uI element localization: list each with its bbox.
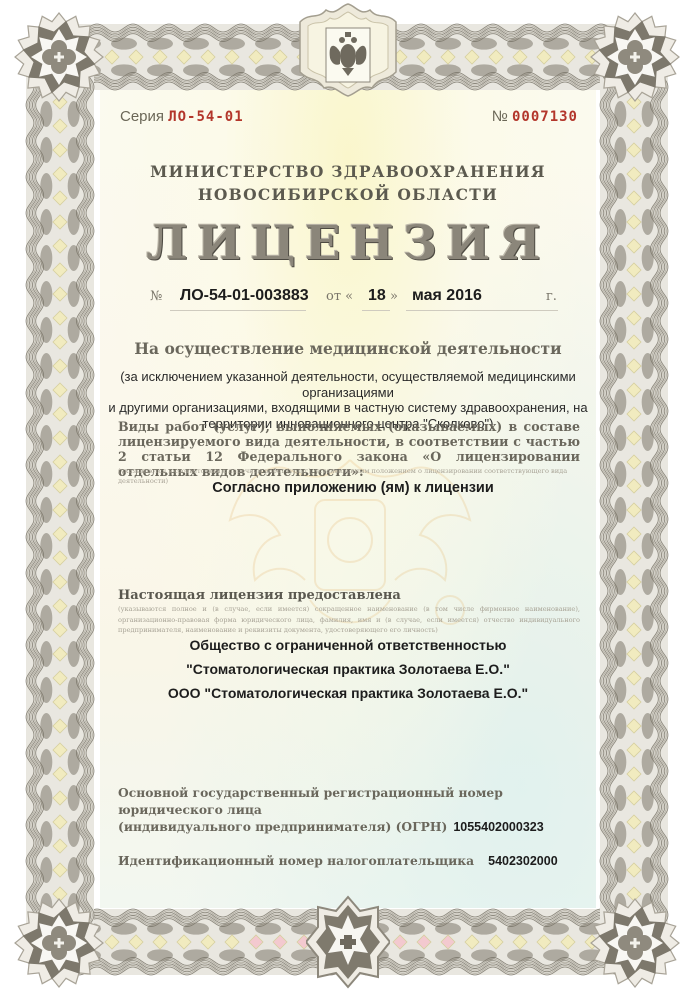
issuer-line-2: НОВОСИБИРСКОЙ ОБЛАСТИ: [100, 183, 596, 206]
corner-rosette-icon: [590, 898, 680, 988]
activity-title: На осуществление медицинской деятельност…: [100, 339, 596, 358]
border-right: [596, 60, 672, 940]
series-label: Серия ЛО-54-01: [120, 108, 244, 125]
exception-line: и другими организациями, входящими в час…: [100, 400, 596, 416]
border-left: [22, 60, 98, 940]
license-from-label: от «: [326, 289, 353, 304]
series-value: ЛО-54-01: [168, 109, 243, 125]
license-day-close: »: [390, 289, 398, 304]
works-value: Согласно приложению (ям) к лицензии: [100, 480, 596, 496]
license-number: ЛО-54-01-003883: [180, 287, 309, 305]
inn-value: 5402302000: [488, 854, 558, 868]
license-certificate: Серия ЛО-54-01 № 0007130 МИНИСТЕРСТВО ЗД…: [0, 0, 694, 1000]
licensee-line: "Стоматологическая практика Золотаева Е.…: [100, 661, 596, 677]
bottom-star-rosette-icon: [306, 895, 390, 989]
license-number-row: № ЛО-54-01-003883 от « 18 » мая 2016 г.: [150, 289, 560, 313]
ogrn-label-line-2: (индивидуального предпринимателя) (ОГРН): [118, 819, 447, 834]
number-value: 0007130: [512, 109, 578, 125]
license-no-label: №: [150, 289, 162, 304]
license-day: 18: [368, 287, 386, 305]
corner-rosette-icon: [590, 12, 680, 102]
licensee-label: Настоящая лицензия предоставлена: [118, 588, 401, 603]
ogrn-block: Основной государственный регистрационный…: [118, 784, 584, 836]
licensee-line: Общество с ограниченной ответственностью: [100, 637, 596, 653]
document-title: ЛИЦЕНЗИЯ: [100, 216, 596, 271]
inn-label: Идентификационный номер налогоплательщик…: [118, 853, 474, 868]
series-prefix: Серия: [120, 108, 164, 125]
licensee-line: ООО "Стоматологическая практика Золотаев…: [100, 685, 596, 701]
ogrn-value: 1055402000323: [453, 820, 543, 834]
form-number: № 0007130: [492, 108, 578, 125]
licensee-hint: (указываются полное и (в случае, если им…: [118, 604, 580, 636]
coat-of-arms-icon: [296, 2, 400, 98]
inn-block: Идентификационный номер налогоплательщик…: [118, 853, 558, 868]
ogrn-label-line-1: Основной государственный регистрационный…: [118, 784, 584, 818]
license-month-year: мая 2016: [412, 287, 482, 305]
number-prefix: №: [492, 108, 508, 125]
license-year-suffix: г.: [546, 289, 557, 304]
exception-line: (за исключением указанной деятельности, …: [100, 369, 596, 400]
corner-rosette-icon: [14, 898, 104, 988]
corner-rosette-icon: [14, 12, 104, 102]
issuer-line-1: МИНИСТЕРСТВО ЗДРАВООХРАНЕНИЯ: [100, 160, 596, 183]
